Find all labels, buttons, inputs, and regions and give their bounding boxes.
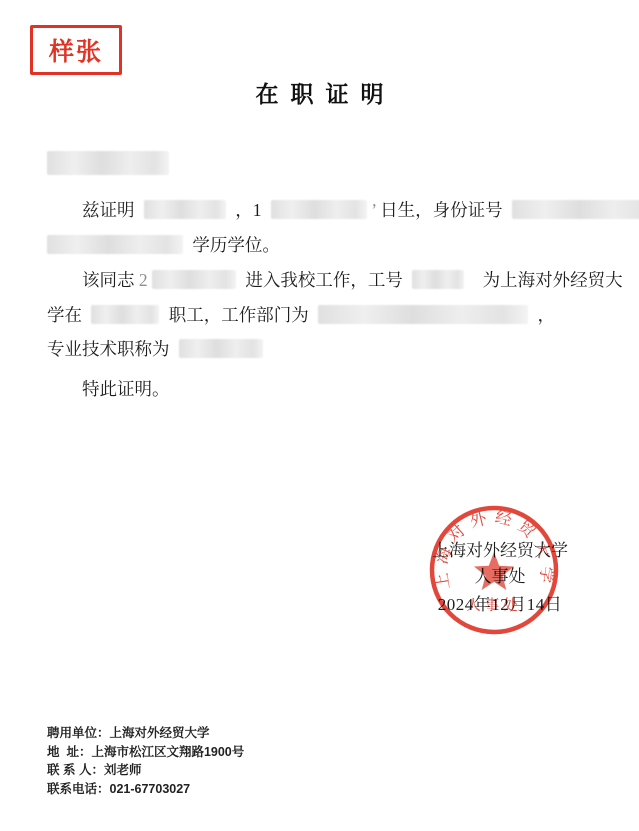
comrade-line2-prefix: 学在 (47, 305, 82, 325)
redaction-department (318, 305, 528, 324)
comrade-line2-mid: 职工，工作部门为 (169, 305, 309, 325)
addressee-line (47, 151, 607, 177)
comrade-remnant: 2 (139, 270, 148, 290)
certify-mid1: ，1 (235, 200, 261, 220)
closing-line: 特此证明。 (47, 376, 639, 402)
comrade-mid2: 为上海对外经贸大 (483, 270, 623, 290)
document-title: 在职证明 (0, 76, 639, 109)
sample-stamp-label: 样张 (49, 32, 103, 68)
certify-remnant: ’ (371, 200, 376, 220)
comrade-line3-prefix: 专业技术职称为 (47, 339, 170, 359)
comrade-mid1: 进入我校工作，工号 (245, 270, 403, 290)
sample-stamp: 样张 (30, 25, 122, 75)
comrade-line2-tail: ， (538, 305, 556, 325)
footer-employer: 聘用单位：上海对外经贸大学 (47, 724, 244, 743)
redaction-employee-id (412, 270, 464, 289)
redaction-education (47, 235, 183, 254)
redaction-hire-date (152, 270, 236, 289)
footer-address: 地 址：上海市松江区文翔路1900号 (47, 743, 244, 762)
comrade-line-1: 该同志 2 进入我校工作，工号 为上海对外经贸大 (47, 267, 639, 293)
comrade-prefix: 该同志 (82, 270, 135, 290)
certify-prefix: 兹证明 (82, 200, 135, 220)
comrade-line-2: 学在 职工，工作部门为 ， (47, 302, 607, 328)
footer-contact-person: 联 系 人：刘老师 (47, 761, 244, 780)
footer-phone: 联系电话：021-67703027 (47, 780, 244, 799)
redaction-addressee (47, 151, 169, 175)
redaction-birthdate (271, 200, 367, 219)
signature-date: 2024年12月14日 (418, 590, 582, 615)
signature-dept: 人事处 (418, 562, 582, 587)
signature-org: 上海对外经贸大学 (418, 536, 582, 561)
certify-line-2: 学历学位。 (47, 232, 607, 258)
certify-line-1: 兹证明 ，1 ’ 日生，身份证号 (47, 197, 639, 223)
redaction-employment-type (91, 305, 159, 324)
comrade-line-3: 专业技术职称为 (47, 336, 607, 362)
certify-mid2: 日生，身份证号 (380, 200, 503, 220)
certify-line2-tail: 学历学位。 (192, 235, 280, 255)
redaction-title (179, 339, 263, 358)
redaction-id-number (512, 200, 639, 219)
redaction-name (144, 200, 226, 219)
footer-contact-block: 聘用单位：上海对外经贸大学 地 址：上海市松江区文翔路1900号 联 系 人：刘… (47, 724, 244, 798)
